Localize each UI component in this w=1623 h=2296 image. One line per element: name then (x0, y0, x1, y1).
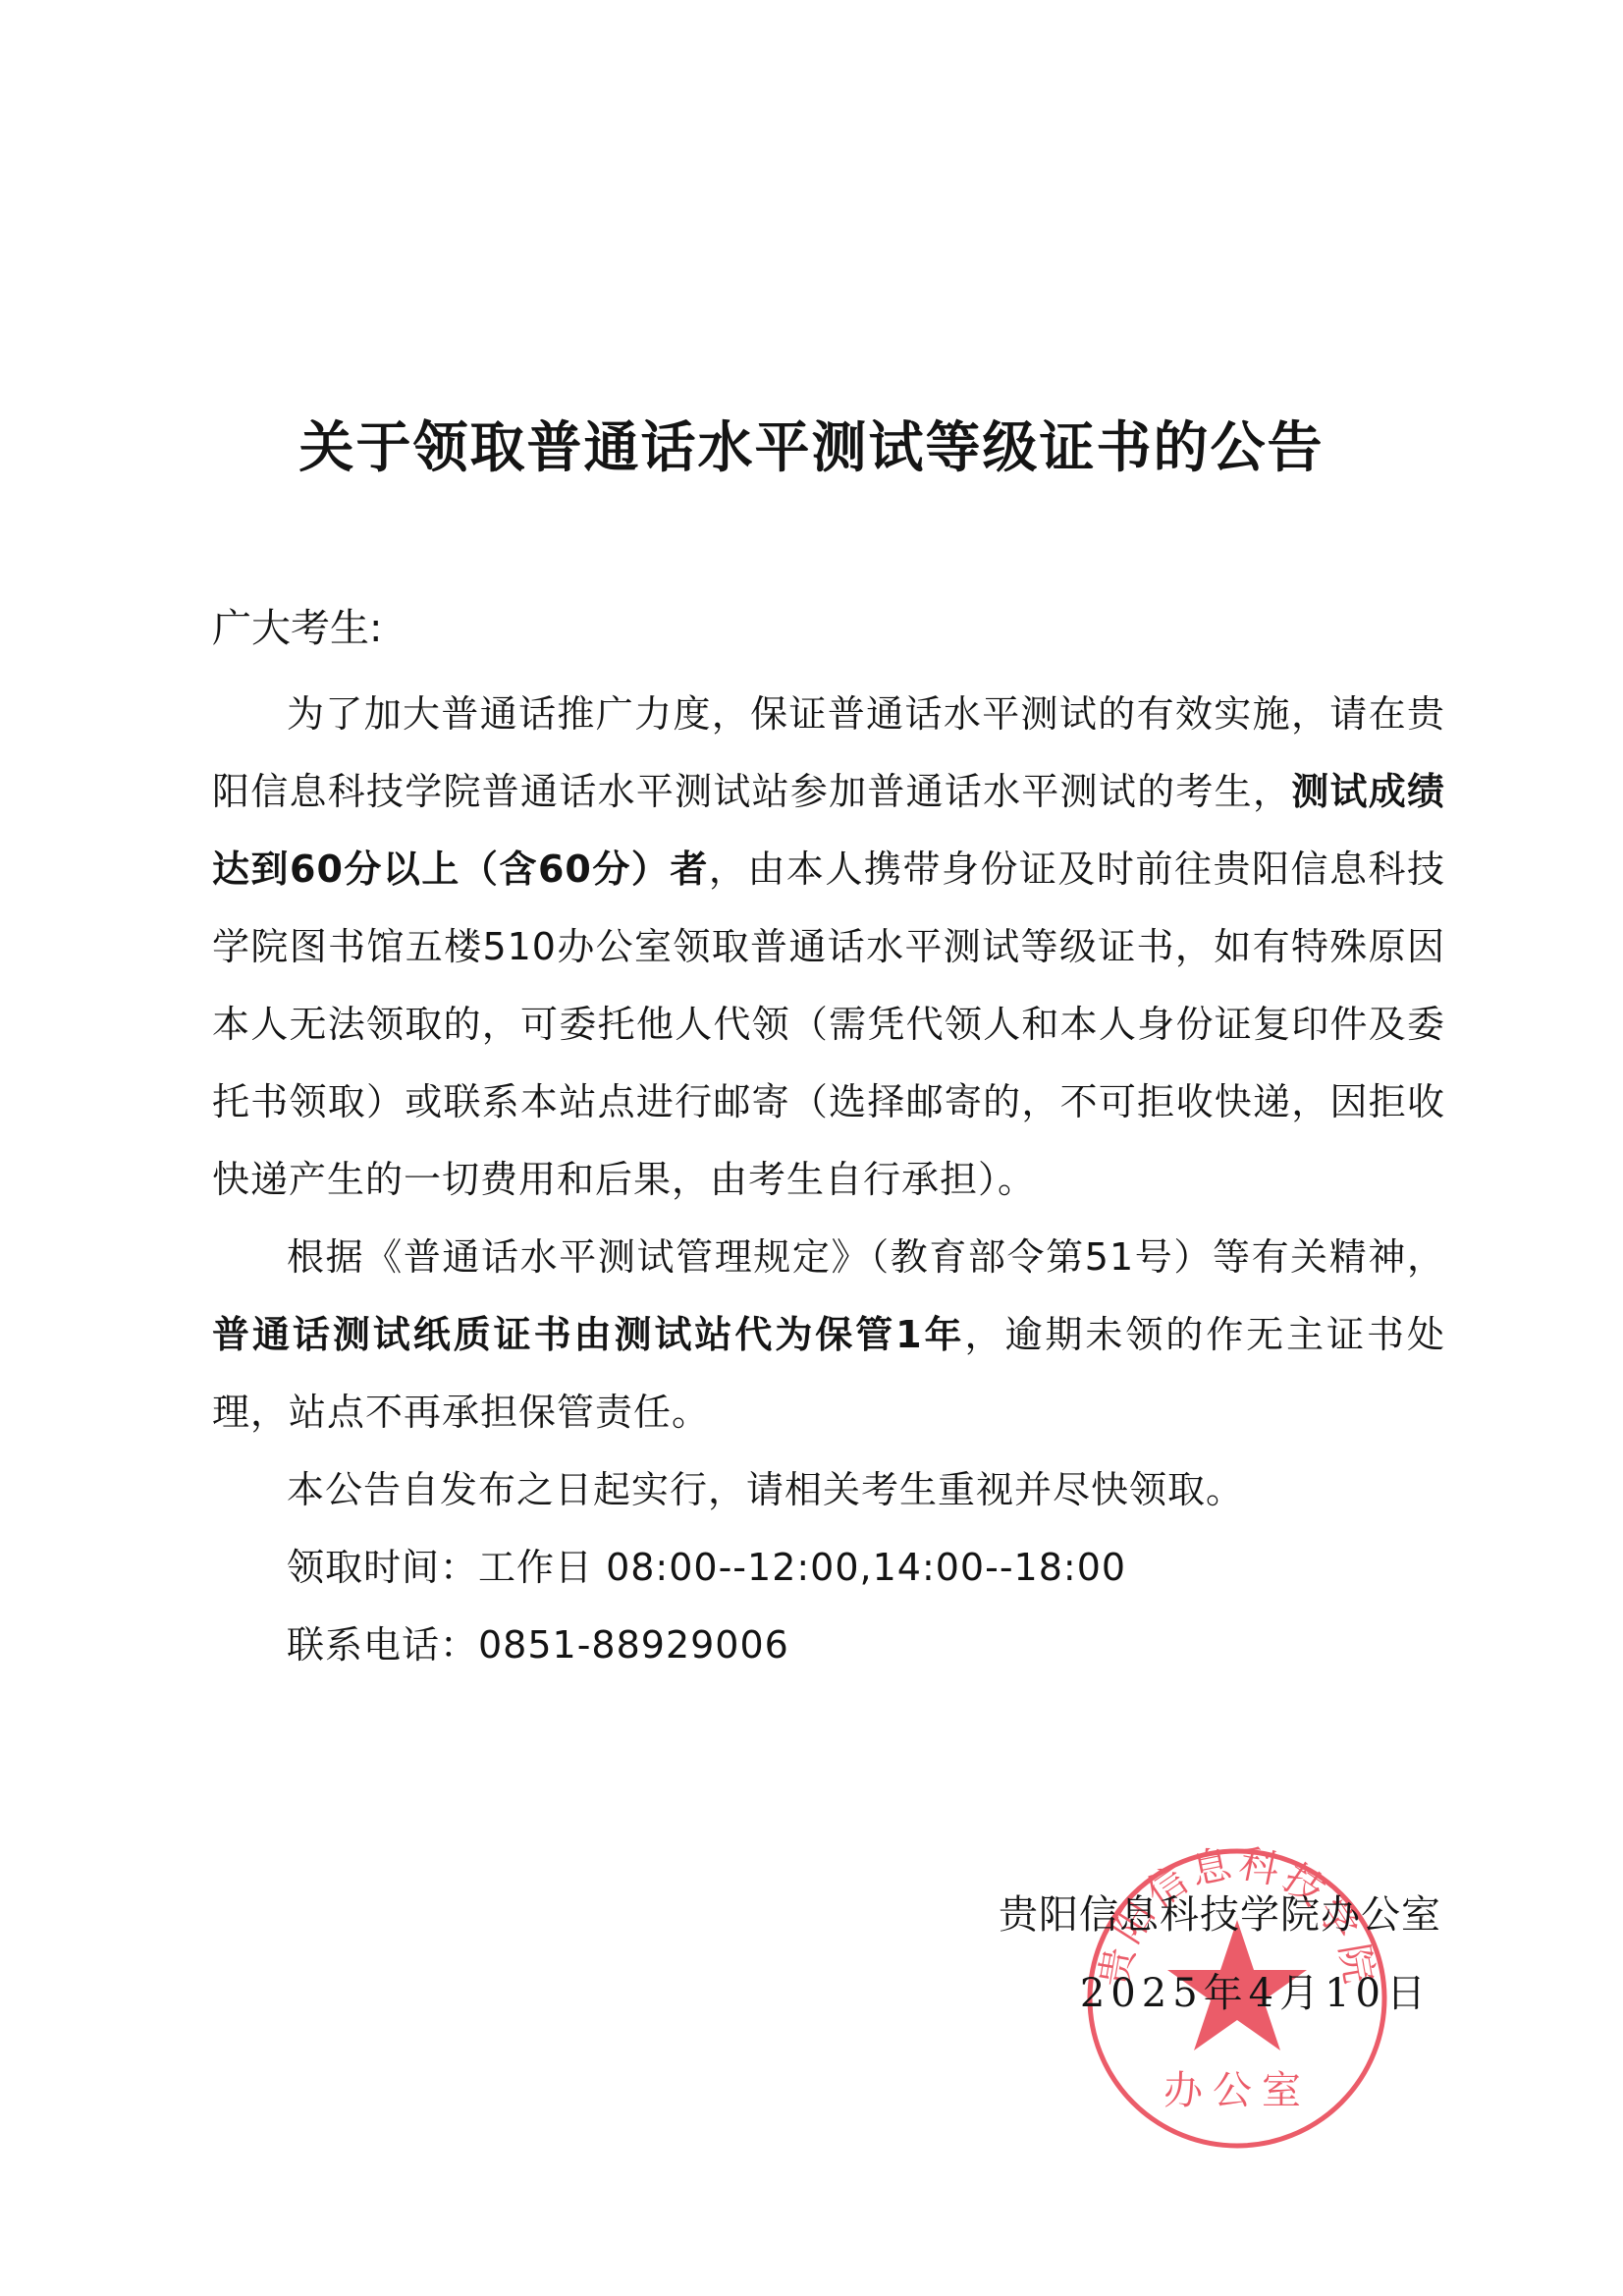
pickup-time: 领取时间：工作日 08:00--12:00,14:00--18:00 (212, 1529, 1445, 1607)
paragraph-notice: 为了加大普通话推广力度，保证普通话水平测试的有效实施，请在贵阳信息科技学院普通话… (212, 676, 1445, 1219)
document-title: 关于领取普通话水平测试等级证书的公告 (0, 405, 1623, 483)
contact-phone: 联系电话：0851-88929006 (212, 1607, 1445, 1684)
paragraph-regulation-text: 根据《普通话水平测试管理规定》（教育部令第51号）等有关精神， (287, 1235, 1445, 1279)
seal-center-text: 办公室 (1163, 2068, 1311, 2113)
paragraph-regulation: 根据《普通话水平测试管理规定》（教育部令第51号）等有关精神，普通话测试纸质证书… (212, 1219, 1445, 1451)
issuer-signature: 贵阳信息科技学院办公室 (999, 1884, 1441, 1940)
document-page: 关于领取普通话水平测试等级证书的公告 广大考生: 为了加大普通话推广力度，保证普… (0, 0, 1623, 2296)
retention-period: 普通话测试纸质证书由测试站代为保管1年 (212, 1313, 965, 1356)
paragraph-notice-text: 为了加大普通话推广力度，保证普通话水平测试的有效实施，请在贵阳信息科技学院普通话… (212, 692, 1445, 813)
issue-date: 2025年4月10日 (1080, 1962, 1432, 2018)
document-body: 为了加大普通话推广力度，保证普通话水平测试的有效实施，请在贵阳信息科技学院普通话… (212, 676, 1445, 1684)
paragraph-notice-text-2: ，由本人携带身份证及时前往贵阳信息科技学院图书馆五楼510办公室领取普通话水平测… (212, 847, 1445, 1201)
salutation: 广大考生: (212, 597, 382, 653)
paragraph-effective: 本公告自发布之日起实行，请相关考生重视并尽快领取。 (212, 1451, 1445, 1529)
